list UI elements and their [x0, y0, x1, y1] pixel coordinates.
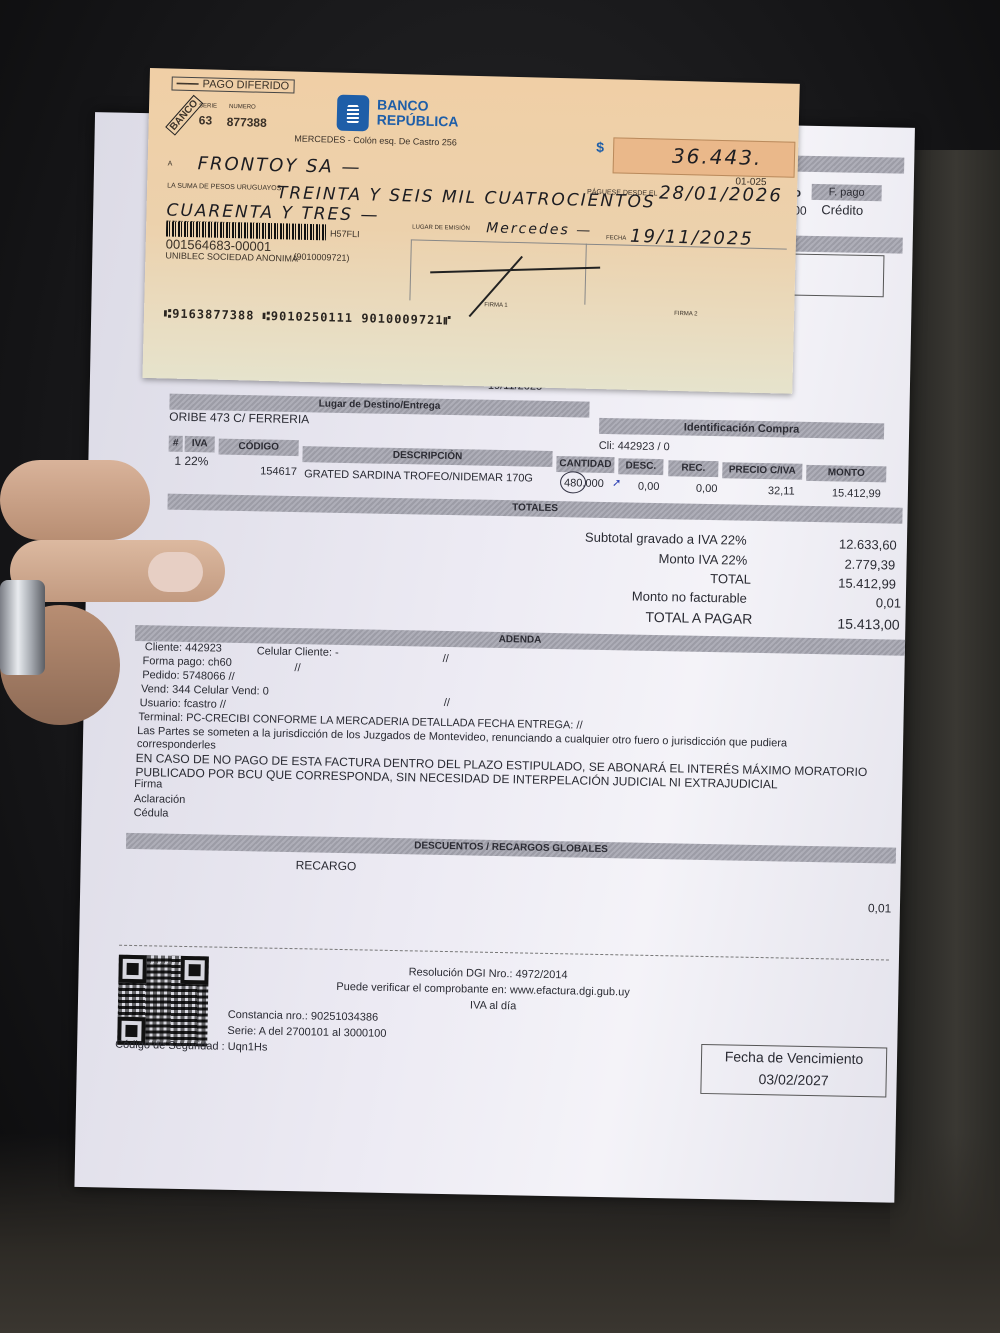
- dgi-resolution: Resolución DGI Nro.: 4972/2014: [409, 966, 568, 981]
- adenda-firma: Firma: [134, 778, 162, 791]
- firma2-label: FIRMA 2: [674, 311, 697, 318]
- adjustment-value: 0,01: [868, 901, 892, 915]
- due-date-box: Fecha de Vencimiento 03/02/2027: [700, 1044, 887, 1098]
- adenda-celular-cliente: Celular Cliente: -: [257, 645, 339, 659]
- serie-label: SERIE: [199, 103, 217, 109]
- adenda-sep-1: //: [443, 653, 449, 665]
- adenda-corresponderles: corresponderles: [137, 738, 216, 752]
- security-code: Código de Seguridad : Uqn1Hs: [115, 1039, 267, 1054]
- bank-logo-icon: [337, 95, 370, 132]
- adenda-cedula: Cédula: [134, 807, 169, 820]
- total-a-pagar-label: TOTAL A PAGAR: [645, 609, 752, 627]
- sum-label: LA SUMA DE PESOS URUGUAYOS: [167, 182, 281, 192]
- col-desc: DESC.: [618, 458, 663, 475]
- verify-text: Puede verificar el comprobante en: www.e…: [336, 981, 630, 999]
- purchase-id-value: Cli: 442923 / 0: [599, 440, 670, 453]
- qr-code-icon: [117, 955, 209, 1047]
- no-facturable-value: 0,01: [876, 595, 902, 610]
- total-label: TOTAL: [710, 571, 751, 587]
- holder-id: (9010009721): [293, 252, 349, 263]
- ink-arrow-icon: ➚: [612, 476, 621, 489]
- numero-label: NUMERO: [229, 104, 256, 111]
- col-descripcion: DESCRIPCIÓN: [302, 446, 552, 467]
- payee-label: A: [168, 160, 173, 167]
- no-facturable-label: Monto no facturable: [632, 589, 747, 606]
- row-rec: 0,00: [696, 483, 718, 495]
- amount-box: 36.443.: [613, 137, 796, 177]
- adenda-sep-2: //: [294, 662, 300, 674]
- total-a-pagar-value: 15.413,00: [837, 615, 900, 632]
- payee: FRONTOY SA —: [197, 153, 361, 178]
- hand-holding-paper: [0, 440, 230, 740]
- issue-place-label: LUGAR DE EMISIÓN: [412, 224, 470, 231]
- serie-value: 63: [199, 113, 213, 127]
- cheque: ——PAGO DIFERIDO BANCO SERIE 63 NUMERO 87…: [142, 68, 799, 394]
- quantity-circle-mark: [560, 471, 586, 493]
- fpago-header: F. pago: [812, 184, 882, 201]
- micr-line: ⑆9163877388 ⑆9010250111 9010009721⑈: [164, 306, 452, 327]
- col-precio: PRECIO C/IVA: [722, 462, 802, 480]
- col-codigo: CÓDIGO: [219, 439, 299, 457]
- adenda-sep-3: //: [444, 697, 450, 709]
- amount-value: 36.443.: [672, 144, 763, 170]
- ring: [0, 580, 45, 675]
- row-precio: 32,11: [768, 485, 795, 498]
- delivery-address: ORIBE 473 C/ FERRERIA: [169, 410, 309, 427]
- bank-name: BANCO REPÚBLICA: [377, 98, 459, 130]
- adenda-aclaracion: Aclaración: [134, 793, 186, 806]
- subtotal-value: 12.633,60: [839, 536, 897, 552]
- date-label: FECHA: [606, 235, 626, 241]
- row-codigo: 154617: [260, 465, 297, 478]
- iva-value: 2.779,39: [844, 557, 895, 573]
- fpago-value: Crédito: [821, 202, 863, 218]
- iva-status: IVA al día: [470, 999, 517, 1012]
- branch-address: MERCEDES - Colón esq. De Castro 256: [294, 134, 457, 148]
- bank-badge: BANCO: [165, 95, 203, 136]
- currency-symbol: $: [596, 139, 604, 155]
- iva-label: Monto IVA 22%: [658, 551, 747, 568]
- purchase-id-header: Identificación Compra: [599, 418, 884, 439]
- signature-area-2: [584, 244, 786, 310]
- due-date-value: 03/02/2027: [701, 1067, 885, 1093]
- footer-divider: [119, 945, 889, 961]
- cheque-type: ——PAGO DIFERIDO: [171, 77, 294, 94]
- subtotal-label: Subtotal gravado a IVA 22%: [585, 530, 747, 548]
- col-cantidad: CANTIDAD: [556, 456, 614, 473]
- pay-from-date: 28/01/2026: [659, 182, 783, 206]
- total-value: 15.412,99: [838, 575, 896, 591]
- constancia: Constancia nro.: 90251034386: [228, 1009, 379, 1024]
- account-code: H57FLI: [330, 228, 360, 239]
- adenda-header: ADENDA: [135, 625, 905, 656]
- col-rec: REC.: [668, 460, 718, 477]
- firma1-label: FIRMA 1: [484, 302, 507, 309]
- totals-header: TOTALES: [167, 494, 902, 524]
- serie-range: Serie: A del 2700101 al 3000100: [227, 1025, 386, 1040]
- issue-place: Mercedes —: [486, 220, 592, 239]
- due-date-label: Fecha de Vencimiento: [702, 1045, 886, 1071]
- row-descripcion: GRATED SARDINA TROFEO/NIDEMAR 170G: [304, 468, 533, 484]
- row-monto: 15.412,99: [832, 487, 881, 500]
- numero-value: 877388: [227, 115, 267, 130]
- holder-name: UNIBLEC SOCIEDAD ANONIMA: [165, 250, 298, 263]
- col-monto: MONTO: [806, 465, 886, 483]
- row-desc: 0,00: [638, 481, 660, 493]
